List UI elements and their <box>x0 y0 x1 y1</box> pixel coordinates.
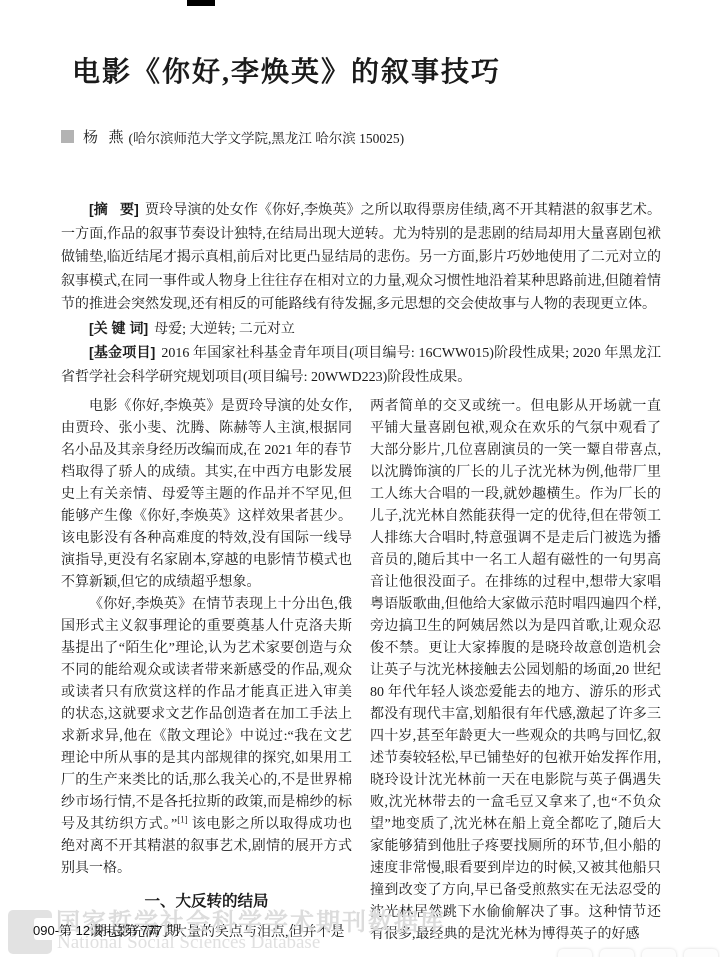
body-paragraph: 电影《你好,李焕英》是贾玲导演的处女作,由贾玲、张小斐、沈腾、陈赫等人主演,根据… <box>61 396 352 594</box>
ghost-tab <box>558 949 592 957</box>
page-footer: 国家哲学社会科学学术期刊数据库 National Social Sciences… <box>0 900 720 957</box>
author-affiliation: (哈尔滨师范大学文学院,黑龙江 哈尔滨 150025) <box>129 127 405 147</box>
paragraph-text: 《你好,李焕英》在情节表现上十分出色,俄国形式主义叙事理论的重要奠基人什克洛夫斯… <box>61 597 352 832</box>
author-bullet-square <box>61 130 74 143</box>
author-name: 杨 燕 <box>83 126 125 147</box>
body-paragraph: 两者简单的交叉或统一。但电影从开场就一直平铺大量喜剧包袱,观众在欢乐的气氛中观看… <box>370 396 661 946</box>
abstract-label: [摘 要] <box>89 201 139 217</box>
article-title: 电影《你好,李焕英》的叙事技巧 <box>72 50 501 90</box>
ghost-tab <box>600 949 634 957</box>
ghost-tab <box>684 949 718 957</box>
author-line: 杨 燕 (哈尔滨师范大学文学院,黑龙江 哈尔滨 150025) <box>61 126 404 147</box>
bottom-ghost-tabs <box>558 949 718 957</box>
body-columns: 电影《你好,李焕英》是贾玲导演的处女作,由贾玲、张小斐、沈腾、陈赫等人主演,根据… <box>61 396 661 946</box>
body-paragraph: 《你好,李焕英》在情节表现上十分出色,俄国形式主义叙事理论的重要奠基人什克洛夫斯… <box>61 594 352 880</box>
left-column: 电影《你好,李焕英》是贾玲导演的处女作,由贾玲、张小斐、沈腾、陈赫等人主演,根据… <box>61 396 352 946</box>
fund-paragraph: [基金项目]2016 年国家社科基金青年项目(项目编号: 16CWW015)阶段… <box>61 341 661 389</box>
right-column: 两者简单的交叉或统一。但电影从开场就一直平铺大量喜剧包袱,观众在欢乐的气氛中观看… <box>370 396 661 946</box>
abstract-text: 贾玲导演的处女作《你好,李焕英》之所以取得票房佳绩,离不开其精湛的叙事艺术。一方… <box>61 203 661 312</box>
top-crop-mark <box>187 0 215 6</box>
keywords-label: [关 键 词] <box>89 320 148 336</box>
keywords-text: 母爱; 大逆转; 二元对立 <box>154 322 295 337</box>
journal-page: 电影《你好,李焕英》的叙事技巧 杨 燕 (哈尔滨师范大学文学院,黑龙江 哈尔滨 … <box>0 0 720 957</box>
keywords-line: [关 键 词]母爱; 大逆转; 二元对立 <box>61 317 661 342</box>
ghost-tab <box>642 949 676 957</box>
page-issue-info: 090-第 12 期-总第 777 期 <box>33 920 179 939</box>
abstract-paragraph: [摘 要]贾玲导演的处女作《你好,李焕英》之所以取得票房佳绩,离不开其精湛的叙事… <box>61 198 661 317</box>
fund-label: [基金项目] <box>89 344 155 360</box>
article-meta: [摘 要]贾玲导演的处女作《你好,李焕英》之所以取得票房佳绩,离不开其精湛的叙事… <box>61 198 661 389</box>
footnote-reference: [1] <box>177 814 188 824</box>
